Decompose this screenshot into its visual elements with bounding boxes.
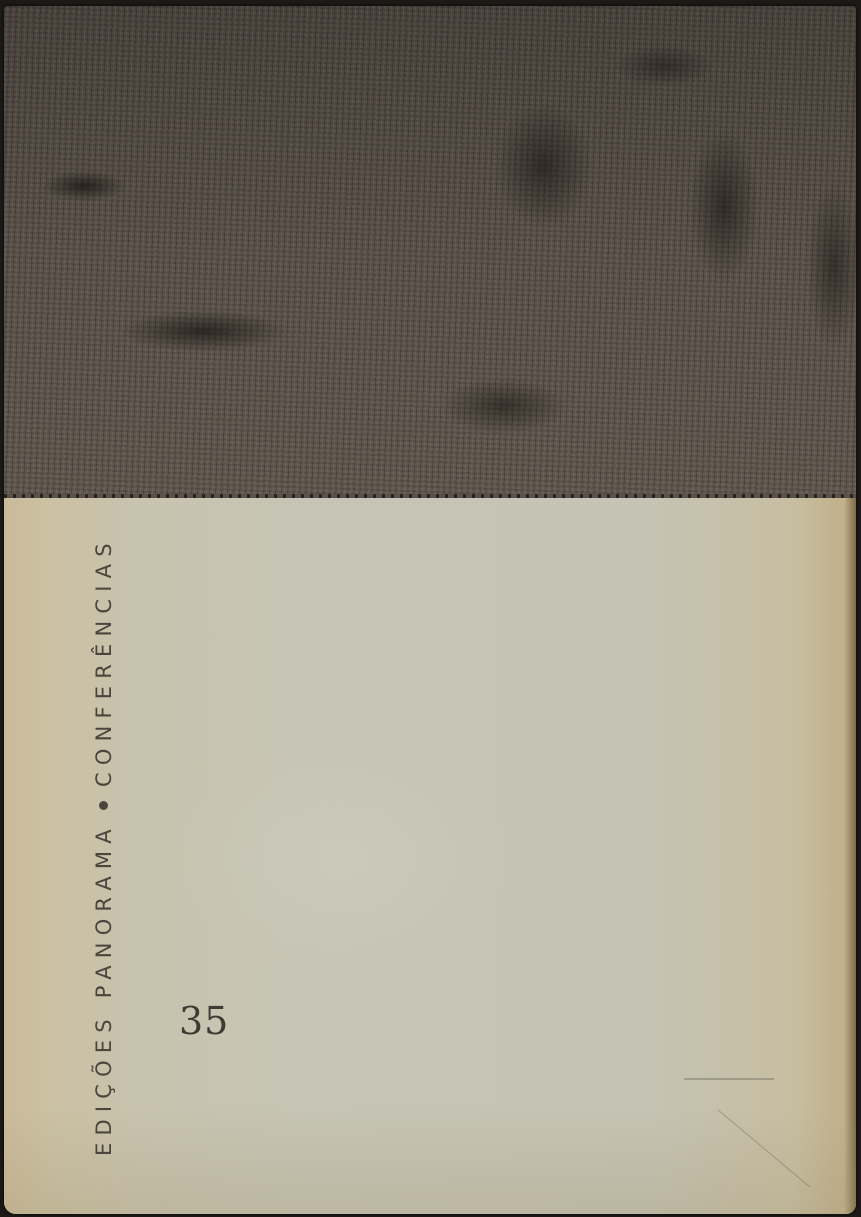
book-cover: EDIÇÕES PANORAMA CONFERÊNCIAS 35: [4, 6, 856, 1214]
volume-number: 35: [179, 999, 229, 1043]
collection-name: CONFERÊNCIAS: [92, 536, 116, 787]
bullet-separator-icon: [100, 801, 109, 810]
publisher-series: EDIÇÕES PANORAMA: [92, 822, 116, 1156]
vertical-series-title: EDIÇÕES PANORAMA CONFERÊNCIAS: [83, 516, 125, 1156]
scuff-mark: [718, 1110, 811, 1188]
cream-label-panel: [4, 498, 856, 1214]
book-cover-photo: EDIÇÕES PANORAMA CONFERÊNCIAS 35: [0, 0, 861, 1217]
textured-top-band: [4, 6, 856, 498]
scuff-mark: [684, 1078, 774, 1080]
